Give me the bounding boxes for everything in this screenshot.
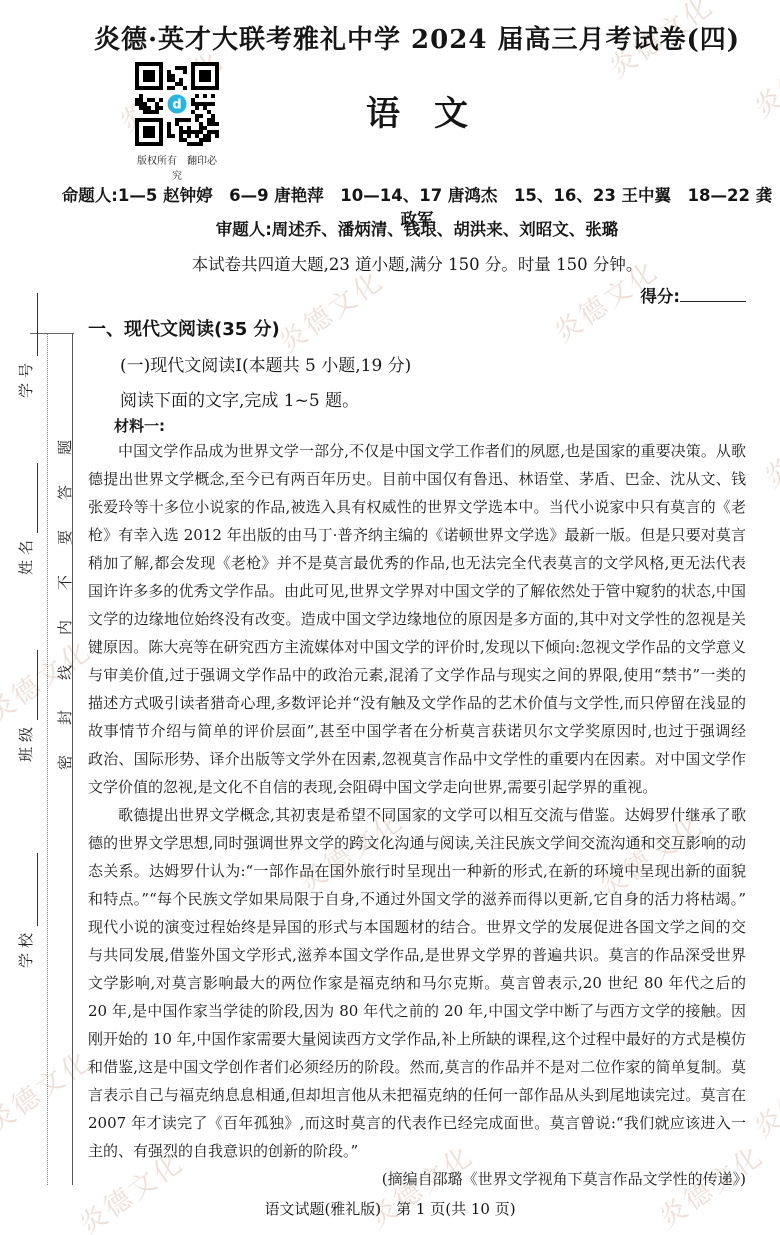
name-field: 姓名: [12, 463, 38, 575]
body-text-line: 态关系。达姆罗什认为:“一部作品在国外旅行时呈现出一种新的形式,在新的环境中呈现…: [88, 857, 746, 885]
watermark-text: 炎德文化: [745, 1044, 780, 1145]
page-footer: 语文试题(雅礼版) 第 1 页(共 10 页): [0, 1198, 780, 1219]
body-text-line: 刚开始的 10 年,中国作家需要大量阅读西方文学作品,补上所缺的课程,这个过程中…: [88, 1025, 746, 1053]
passage-text: 中国文学作品成为世界文学一部分,不仅是中国文学工作者们的夙愿,也是国家的重要决策…: [88, 437, 746, 1193]
body-text-line: 和特点。”“每个民族文学如果局限于自身,不通过外国文学的滋养而得以更新,它自身的…: [88, 885, 746, 913]
body-text-line: 键原因。陈大亮等在研究西方主流媒体对中国文学的评价时,发现以下倾向:忽视文学作品…: [88, 633, 746, 661]
section-heading: 一、现代文阅读(35 分): [88, 315, 280, 341]
name-label: 姓名: [15, 535, 36, 575]
name-blank-line: [35, 463, 38, 533]
main-column: 炎德·英才大联考雅礼中学 2024 届高三月考试卷(四) d 版权所有 翻印必究…: [88, 0, 746, 1235]
score-field: 得分:: [640, 283, 746, 307]
class-label: 班级: [15, 722, 36, 762]
body-text-line: 文学的边缘地位始终没有改变。造成中国文学边缘地位的原因是多方面的,其中对文学性的…: [88, 605, 746, 633]
subsection-heading: (一)现代文阅读Ⅰ(本题共 5 小题,19 分): [120, 351, 411, 376]
body-text-line: 20 年,是中国作家当学徒的阶段,因为 80 年代之前的 20 年,中国文学中断…: [88, 997, 746, 1025]
student-id-label: 学号: [15, 358, 36, 398]
school-blank-line: [35, 853, 38, 926]
score-label: 得分:: [640, 287, 680, 306]
body-text-line: 与共同发展,借鉴外国文学形式,滋养本国文学作品,是世界文学界的普遍共识。莫言的作…: [88, 941, 746, 969]
exam-info: 本试卷共四道大题,23 道小题,满分 150 分。时量 150 分钟。: [88, 251, 746, 275]
watermark-text: 炎德文化: [755, 394, 780, 495]
watermark-text: 炎德文化: [0, 1039, 98, 1140]
body-text-line: 与审美价值,过于强调文学作品中的政治元素,混淆了文学作品与现实之间的界限,使用“…: [88, 661, 746, 689]
student-id-blank-line: [35, 293, 38, 356]
body-text-line: 描述方式吸引读者猎奇心理,多数评论并“没有触及文学作品的艺术价值与文学性,而只停…: [88, 689, 746, 717]
body-text-line: 稍加了解,都会发现《老枪》并不是莫言最优秀的作品,也无法完全代表莫言的文学风格,…: [88, 549, 746, 577]
student-id-field: 学号: [12, 293, 38, 398]
body-text-line: 言表示自己与福克纳息息相通,但却坦言他从未把福克纳的任何一部作品从头到尾地读完过…: [88, 1081, 746, 1109]
body-text-line: 枪》有幸入选 2012 年出版的由马丁·普齐纳主编的《诺顿世界文学选》最新一版。…: [88, 521, 746, 549]
school-field: 学校: [12, 853, 38, 968]
school-label: 学校: [15, 928, 36, 968]
subject-title: 语 文: [88, 86, 746, 135]
body-text-line: 中国文学作品成为世界文学一部分,不仅是中国文学工作者们的夙愿,也是国家的重要决策…: [88, 437, 746, 465]
seal-line-text: 密封线内不要答题: [54, 414, 74, 770]
body-text-line: 文学影响,对莫言影响最大的两位作家是福克纳和马尔克斯。莫言曾表示,20 世纪 8…: [88, 969, 746, 997]
body-text-line: 国许许多多的优秀文学作品。由此可见,世界文学界对中国文学的了解依然处于管中窥豹的…: [88, 577, 746, 605]
body-text-line: 歌德提出世界文学概念,其初衷是希望不同国家的文学可以相互交流与借鉴。达姆罗什继承…: [88, 801, 746, 829]
seal-dotted-rule: [47, 333, 48, 1185]
exam-title: 炎德·英才大联考雅礼中学 2024 届高三月考试卷(四): [68, 19, 766, 56]
copyright-caption: 版权所有 翻印必究: [133, 152, 221, 182]
body-text-line: 德提出世界文学概念,至今已有两百年历史。目前中国仅有鲁迅、林语堂、茅盾、巴金、沈…: [88, 465, 746, 493]
body-text-line: 文学价值的忽视,是文化不自信的表现,会阻碍中国文学走向世界,需要引起学界的重视。: [88, 773, 746, 801]
body-text-line: 现代小说的演变过程始终是异国的形式与本国题材的结合。世界文学的发展促进各国文学之…: [88, 913, 746, 941]
score-blank-line: [680, 287, 746, 302]
body-text-line: 故事情节介绍与简单的评价层面”,甚至中国学者在分析莫言获诺贝尔文学奖原因时,也过…: [88, 717, 746, 745]
body-text-line: 德的世界文学思想,同时强调世界文学的跨文化沟通与阅读,关注民族文学间交流沟通和交…: [88, 829, 746, 857]
body-text-line: 张爱玲等十多位小说家的作品,被选入具有权威性的世界文学选本中。当代小说家中只有莫…: [88, 493, 746, 521]
exam-page: 炎德文化 炎德文化 炎德文化 炎德文化 炎德文化 炎德文化 炎德文化 炎德文化 …: [0, 0, 780, 1235]
body-text-line: 和借鉴,这是中国文学创作者们必须经历的阶段。然而,莫言的作品并不是对二位作家的简…: [88, 1053, 746, 1081]
body-text-line: (摘编自邵璐《世界文学视角下莫言作品文学性的传递》): [88, 1165, 746, 1193]
body-text-line: 政治、国际形势、译介出版等文学外在因素,忽视莫言作品中文学性的重要内在因素。对中…: [88, 745, 746, 773]
reading-instruction: 阅读下面的文字,完成 1~5 题。: [120, 386, 359, 411]
material-label: 材料一:: [114, 415, 165, 436]
body-text-line: 主的、有强烈的自我意识的创新的阶段。”: [88, 1137, 746, 1165]
class-blank-line: [35, 650, 38, 720]
reviewers-line: 审题人:周述乔、潘炳清、钱垠、胡洪来、刘昭文、张璐: [58, 216, 776, 240]
body-text-line: 2007 年才读完了《百年孤独》,而这时莫言的代表作已经完成面世。莫言曾说:“我…: [88, 1109, 746, 1137]
class-field: 班级: [12, 650, 38, 762]
